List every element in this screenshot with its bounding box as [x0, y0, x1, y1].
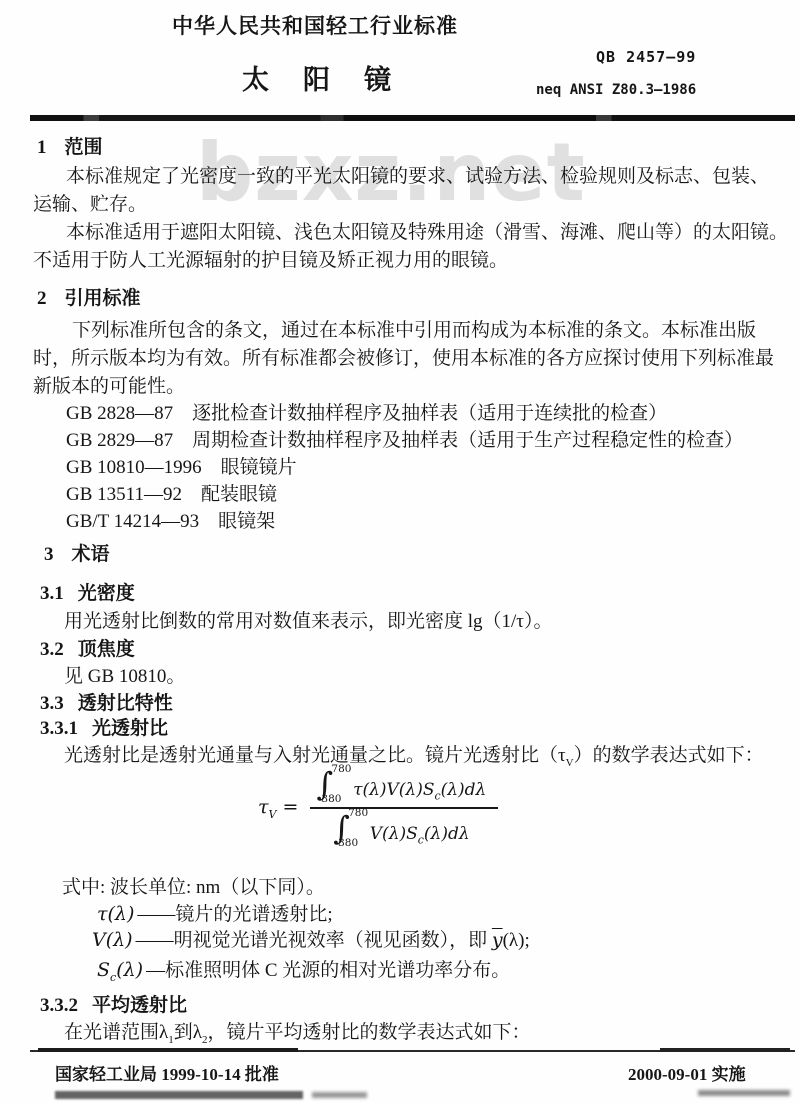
reference-item: GB 2829—87 周期检查计数抽样程序及抽样表（适用于生产过程稳定性的检查）: [66, 429, 743, 453]
paragraph-line: 新版本的可能性。: [33, 375, 185, 399]
legend-line: τ(λ)——镜片的光谱透射比;: [97, 903, 333, 927]
standard-number: QB 2457—99: [596, 48, 696, 67]
text-fragment: S: [97, 959, 110, 981]
text-fragment: 标准照明体 C 光源的相对光谱功率分布。: [165, 960, 510, 981]
paragraph-line: 下列标准所包含的条文，通过在本标准中引用而构成为本标准的条文。本标准出版: [72, 319, 756, 343]
paragraph-line: 本标准适用于遮阳太阳镜、浅色太阳镜及特殊用途（滑雪、海滩、爬山等）的太阳镜。: [66, 221, 788, 245]
text-fragment: (λ): [116, 959, 143, 981]
legend-intro: 式中: 波长单位: nm（以下同）。: [62, 876, 325, 900]
section-3-2-heading: 3.2顶焦度: [40, 638, 135, 662]
text-fragment: 明视觉光谱光视效率（视见函数），即: [174, 930, 492, 951]
section-2-title: 引用标准: [65, 288, 141, 309]
scan-artifact: [312, 1092, 367, 1098]
formula-denominator: ∫780380V(λ)Sc(λ)dλ: [310, 809, 498, 846]
formula-fraction: ∫780380τ(λ)V(λ)Sc(λ)dλ ∫780380V(λ)Sc(λ)d…: [310, 770, 498, 847]
section-2-number: 2: [37, 288, 47, 309]
section-3-1-number: 3.1: [40, 583, 64, 604]
integral-lower-limit: 380: [321, 793, 341, 805]
section-1-heading: 1范围: [37, 136, 103, 160]
section-3-3-2-heading: 3.3.2平均透射比: [40, 994, 187, 1018]
dash: —: [146, 960, 165, 981]
section-3-3-2-title: 平均透射比: [92, 995, 187, 1016]
tau-symbol: τ: [258, 796, 269, 818]
text-fragment: (λ);: [503, 930, 530, 951]
reference-item: GB 10810—1996 眼镜镜片: [66, 456, 297, 480]
section-3-1-title: 光密度: [78, 583, 135, 604]
y-bar-symbol: y: [492, 929, 503, 951]
paragraph-line: 光透射比是透射光通量与入射光通量之比。镜片光透射比（τV）的数学表达式如下：: [64, 744, 764, 771]
dash: ——: [137, 904, 175, 925]
section-3-3-2-number: 3.3.2: [40, 995, 78, 1016]
transmittance-formula: τV= ∫780380τ(λ)V(λ)Sc(λ)dλ ∫780380V(λ)Sc…: [258, 770, 498, 847]
footer-implementation: 2000-09-01 实施: [628, 1064, 746, 1085]
doc-title: 太阳镜: [242, 64, 425, 98]
section-3-3-1-heading: 3.3.1光透射比: [40, 717, 168, 741]
section-3-3-title: 透射比特性: [78, 693, 173, 714]
reference-item: GB 2828—87 逐批检查计数抽样程序及抽样表（适用于连续批的检查）: [66, 402, 667, 426]
document-content: 中华人民共和国轻工行业标准 QB 2457—99 太阳镜 neq ANSI Z8…: [0, 0, 800, 1103]
section-1-title: 范围: [65, 137, 103, 158]
text-fragment: 光透射比是透射光通量与入射光通量之比。镜片光透射比（τ: [64, 745, 566, 766]
tau-lambda-symbol: τ(λ): [97, 903, 134, 925]
text-fragment: ，镜片平均透射比的数学表达式如下：: [207, 1022, 530, 1043]
footer-rule-segment: [660, 1048, 790, 1052]
text-fragment: ）的数学表达式如下：: [574, 745, 764, 766]
v-lambda-symbol: V(λ): [92, 929, 133, 951]
paragraph-line: 在光谱范围λ1到λ2，镜片平均透射比的数学表达式如下：: [64, 1021, 530, 1048]
text-fragment: 在光谱范围λ: [64, 1022, 168, 1043]
subscript: V: [566, 757, 574, 769]
section-3-title: 术语: [72, 544, 110, 565]
legend-line: Sc(λ)—标准照明体 C 光源的相对光谱功率分布。: [97, 959, 510, 985]
paragraph-line: 时，所示版本均为有效。所有标准都会被修订，使用本标准的各方应探讨使用下列标准最: [33, 347, 774, 371]
section-3-3-1-number: 3.3.1: [40, 718, 78, 739]
text-fragment: 镜片的光谱透射比;: [175, 904, 332, 925]
integral-lower-limit: 380: [338, 837, 358, 849]
paragraph-line: 本标准规定了光密度一致的平光太阳镜的要求、试验方法、检验规则及标志、包装、: [66, 165, 769, 189]
section-3-2-title: 顶焦度: [78, 639, 135, 660]
equivalence-note: neq ANSI Z80.3—1986: [536, 82, 696, 100]
footer-approval: 国家轻工业局 1999-10-14 批准: [55, 1064, 279, 1085]
formula-lhs: τV=: [258, 796, 298, 821]
header-rule: [30, 115, 795, 121]
section-3-3-heading: 3.3透射比特性: [40, 692, 173, 716]
reference-item: GB 13511—92 配装眼镜: [66, 483, 277, 507]
section-1-number: 1: [37, 137, 47, 158]
text-fragment: 到λ: [174, 1022, 202, 1043]
paragraph-line: 用光透射比倒数的常用对数值来表示，即光密度 lg（1/τ）。: [64, 610, 552, 634]
footer-rule-segment: [38, 1048, 298, 1052]
formula-term: (λ)dλ: [441, 780, 487, 800]
paragraph-line: 见 GB 10810。: [64, 665, 185, 689]
integral-upper-limit: 780: [348, 807, 368, 819]
formula-term: V(λ)S: [370, 824, 418, 844]
subscript: V: [269, 808, 277, 821]
standard-org-title: 中华人民共和国轻工行业标准: [172, 13, 458, 39]
integral-sign: ∫780380: [333, 814, 350, 844]
dash: ——: [136, 930, 174, 951]
section-3-2-number: 3.2: [40, 639, 64, 660]
reference-item: GB/T 14214—93 眼镜架: [66, 510, 275, 534]
integral-sign: ∫780380: [316, 770, 333, 800]
section-3-1-heading: 3.1光密度: [40, 582, 135, 606]
formula-numerator: ∫780380τ(λ)V(λ)Sc(λ)dλ: [310, 770, 498, 809]
section-3-3-number: 3.3: [40, 693, 64, 714]
paragraph-line: 不适用于防人工光源辐射的护目镜及矫正视力用的眼镜。: [33, 249, 508, 273]
paragraph-line: 运输、贮存。: [33, 193, 147, 217]
formula-term: (λ)dλ: [424, 824, 470, 844]
scan-artifact: [698, 1090, 790, 1096]
scan-artifact: [55, 1091, 303, 1099]
section-3-3-1-title: 光透射比: [92, 718, 168, 739]
equals-sign: =: [282, 796, 298, 818]
formula-term: τ(λ)V(λ)S: [353, 780, 434, 800]
legend-line: V(λ)——明视觉光谱光视效率（视见函数），即 y(λ);: [92, 929, 530, 953]
section-2-heading: 2引用标准: [37, 287, 141, 311]
integral-upper-limit: 780: [331, 763, 351, 775]
section-3-number: 3: [44, 544, 54, 565]
section-3-heading: 3术语: [44, 543, 110, 567]
document-page: bzxz.net 中华人民共和国轻工行业标准 QB 2457—99 太阳镜 ne…: [0, 0, 800, 1103]
s-c-lambda-symbol: Sc(λ): [97, 959, 143, 981]
